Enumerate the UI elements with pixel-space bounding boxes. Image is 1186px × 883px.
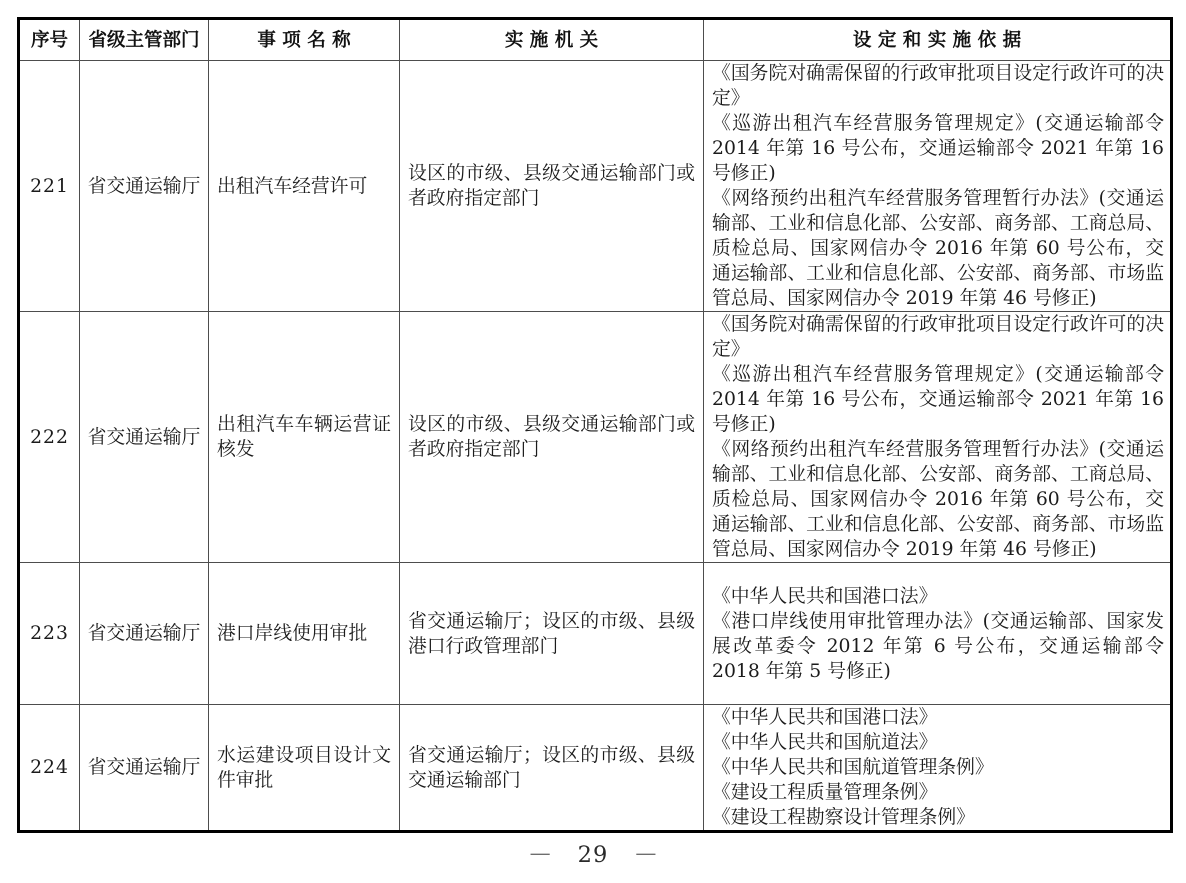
legal-basis-entry: 《港口岸线使用审批管理办法》(交通运输部、国家发展改革委令 2012 年第 6 …	[712, 609, 1164, 684]
table-row-224: 224 省交通运输厅 水运建设项目设计文件审批 省交通运输厅；设区的市级、县级交…	[19, 705, 1172, 832]
legal-basis-entry: 《国务院对确需保留的行政审批项目设定行政许可的决定》	[712, 312, 1164, 362]
col-header-department: 省级主管部门	[80, 19, 209, 61]
legal-basis-entry: 《建设工程质量管理条例》	[712, 780, 1164, 805]
legal-basis-entry: 《中华人民共和国航道法》	[712, 730, 1164, 755]
legal-basis-entry: 《中华人民共和国航道管理条例》	[712, 755, 1164, 780]
page-footer: — 29 —	[0, 838, 1186, 868]
cell-department: 省交通运输厅	[80, 705, 209, 832]
cell-department: 省交通运输厅	[80, 312, 209, 563]
footer-dash-left: —	[530, 841, 551, 865]
cell-index: 224	[19, 705, 80, 832]
legal-basis-entry: 《网络预约出租汽车经营服务管理暂行办法》(交通运输部、工业和信息化部、公安部、商…	[712, 186, 1164, 311]
col-header-item-name: 事 项 名 称	[209, 19, 400, 61]
cell-legal-basis: 《国务院对确需保留的行政审批项目设定行政许可的决定》 《巡游出租汽车经营服务管理…	[704, 61, 1172, 312]
col-header-index: 序号	[19, 19, 80, 61]
table-row-221: 221 省交通运输厅 出租汽车经营许可 设区的市级、县级交通运输部门或者政府指定…	[19, 61, 1172, 312]
cell-index: 223	[19, 563, 80, 705]
cell-legal-basis: 《国务院对确需保留的行政审批项目设定行政许可的决定》 《巡游出租汽车经营服务管理…	[704, 312, 1172, 563]
cell-item-name: 水运建设项目设计文件审批	[209, 705, 400, 832]
cell-department: 省交通运输厅	[80, 563, 209, 705]
cell-index: 222	[19, 312, 80, 563]
cell-implementing-agency: 省交通运输厅；设区的市级、县级交通运输部门	[400, 705, 704, 832]
table-header-row: 序号 省级主管部门 事 项 名 称 实 施 机 关 设 定 和 实 施 依 据	[19, 19, 1172, 61]
legal-basis-entry: 《巡游出租汽车经营服务管理规定》(交通运输部令 2014 年第 16 号公布，交…	[712, 111, 1164, 186]
legal-basis-entry: 《国务院对确需保留的行政审批项目设定行政许可的决定》	[712, 61, 1164, 111]
cell-implementing-agency: 设区的市级、县级交通运输部门或者政府指定部门	[400, 312, 704, 563]
page-number: 29	[578, 842, 609, 868]
cell-legal-basis: 《中华人民共和国港口法》 《中华人民共和国航道法》 《中华人民共和国航道管理条例…	[704, 705, 1172, 832]
legal-basis-entry: 《巡游出租汽车经营服务管理规定》(交通运输部令 2014 年第 16 号公布，交…	[712, 362, 1164, 437]
legal-basis-entry: 《中华人民共和国港口法》	[712, 584, 1164, 609]
col-header-basis: 设 定 和 实 施 依 据	[704, 19, 1172, 61]
col-header-agency: 实 施 机 关	[400, 19, 704, 61]
cell-implementing-agency: 省交通运输厅；设区的市级、县级港口行政管理部门	[400, 563, 704, 705]
cell-item-name: 出租汽车车辆运营证核发	[209, 312, 400, 563]
legal-basis-entry: 《网络预约出租汽车经营服务管理暂行办法》(交通运输部、工业和信息化部、公安部、商…	[712, 437, 1164, 562]
legal-basis-entry: 《中华人民共和国港口法》	[712, 705, 1164, 730]
cell-legal-basis: 《中华人民共和国港口法》 《港口岸线使用审批管理办法》(交通运输部、国家发展改革…	[704, 563, 1172, 705]
table-row-222: 222 省交通运输厅 出租汽车车辆运营证核发 设区的市级、县级交通运输部门或者政…	[19, 312, 1172, 563]
footer-dash-right: —	[635, 841, 656, 865]
cell-department: 省交通运输厅	[80, 61, 209, 312]
table-row-223: 223 省交通运输厅 港口岸线使用审批 省交通运输厅；设区的市级、县级港口行政管…	[19, 563, 1172, 705]
approval-items-table: 序号 省级主管部门 事 项 名 称 实 施 机 关 设 定 和 实 施 依 据 …	[17, 17, 1173, 833]
cell-item-name: 出租汽车经营许可	[209, 61, 400, 312]
cell-implementing-agency: 设区的市级、县级交通运输部门或者政府指定部门	[400, 61, 704, 312]
legal-basis-entry: 《建设工程勘察设计管理条例》	[712, 805, 1164, 830]
cell-item-name: 港口岸线使用审批	[209, 563, 400, 705]
cell-index: 221	[19, 61, 80, 312]
